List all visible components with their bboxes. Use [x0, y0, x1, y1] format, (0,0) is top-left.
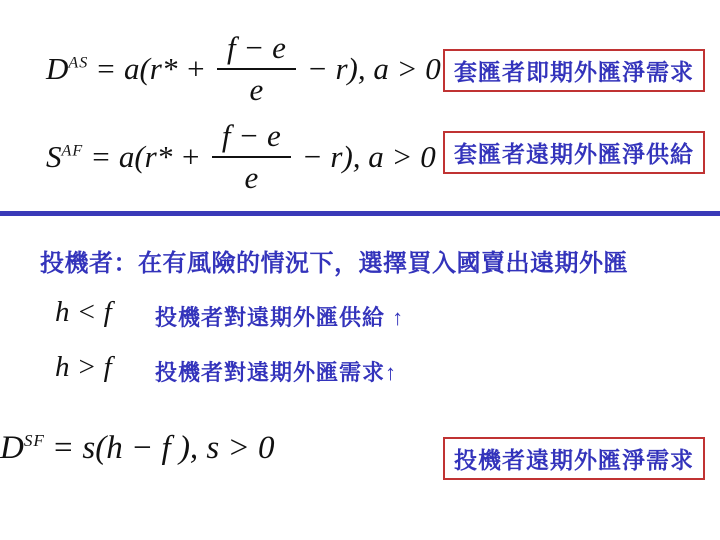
fraction-denominator: e [250, 70, 264, 108]
fraction: f − e e [217, 30, 296, 107]
formula-speculator-forward-demand: DSF = s(h − f ), s > 0 [0, 424, 275, 472]
fraction-denominator: e [244, 158, 258, 196]
label-text: 投機者遠期外匯淨需求 [454, 442, 694, 475]
speculator-supply-note: 投機者對遠期外匯供給 ↑ [155, 301, 404, 332]
presentation-slide: DAS = a(r* + f − e e − r), a > 0 套匯者即期外匯… [0, 0, 720, 540]
fraction-numerator: f − e [212, 118, 291, 158]
condition-h-less-f: h < f [55, 296, 112, 329]
fraction-numerator: f − e [217, 30, 296, 70]
speculator-intro-text: 投機者：在有風險的情況下，選擇買入國賣出遠期外匯 [40, 243, 628, 278]
formula-rest: = s(h − f ), s > 0 [52, 430, 275, 467]
formula-arbitrageur-spot-demand: DAS = a(r* + f − e e − r), a > 0 [46, 26, 441, 112]
fraction: f − e e [212, 118, 291, 195]
formula-pre: = a(r* + [90, 139, 201, 175]
formula-post: − r), a > 0 [302, 139, 436, 175]
label-box-arbitrageur-spot-demand: 套匯者即期外匯淨需求 [443, 49, 705, 92]
formula-pre: = a(r* + [95, 51, 206, 87]
label-text: 套匯者遠期外匯淨供給 [454, 136, 694, 169]
formula-variable: DAS [46, 51, 88, 87]
condition-h-greater-f: h > f [55, 351, 112, 384]
formula-post: − r), a > 0 [307, 51, 441, 87]
horizontal-divider [0, 211, 720, 216]
label-text: 套匯者即期外匯淨需求 [454, 54, 694, 87]
label-box-arbitrageur-forward-supply: 套匯者遠期外匯淨供給 [443, 131, 705, 174]
label-box-speculator-forward-demand: 投機者遠期外匯淨需求 [443, 437, 705, 480]
formula-variable: SAF [46, 139, 83, 175]
speculator-demand-note: 投機者對遠期外匯需求↑ [155, 356, 397, 387]
formula-variable: DSF [0, 430, 45, 467]
formula-arbitrageur-forward-supply: SAF = a(r* + f − e e − r), a > 0 [46, 114, 436, 200]
